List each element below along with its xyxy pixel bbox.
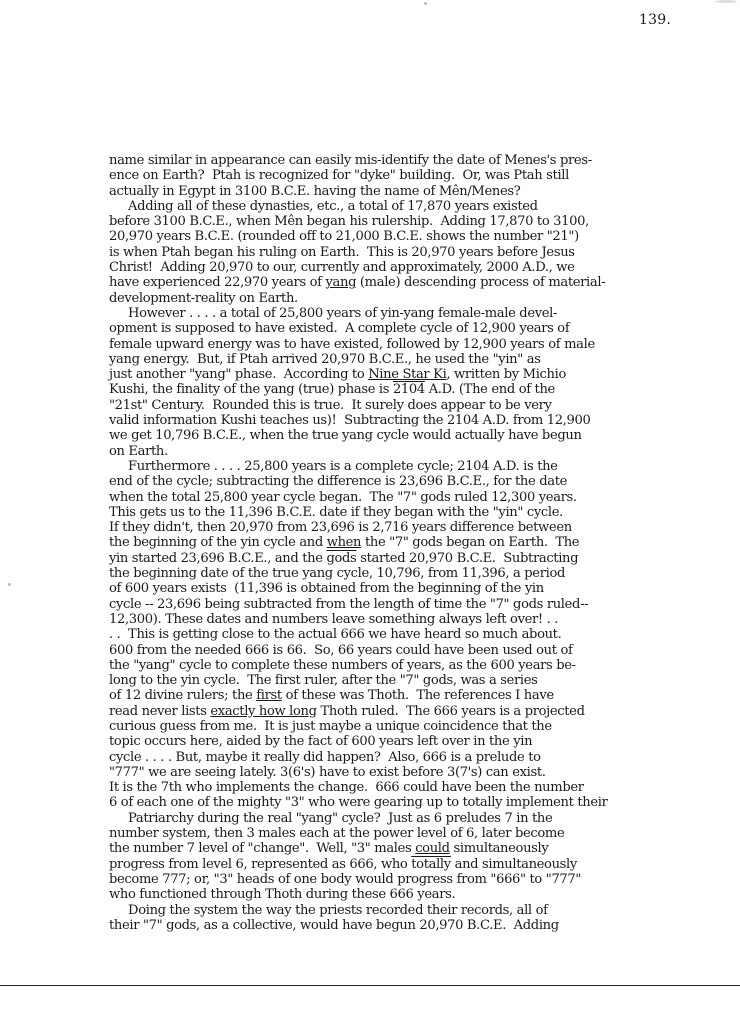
text-line: of 12 divine rulers; the first of these …: [109, 688, 740, 703]
text-line: However . . . . a total of 25,800 years …: [109, 306, 740, 321]
text-line: valid information Kushi teaches us)! Sub…: [109, 413, 740, 428]
text-line: who functioned through Thoth during thes…: [109, 887, 740, 902]
marked-word: exactly how long: [210, 704, 316, 719]
text-line: become 777; or, "3" heads of one body wo…: [109, 872, 740, 887]
text-line: progress from level 6, represented as 66…: [109, 857, 740, 872]
text-line: of 600 years exists (11,396 is obtained …: [109, 581, 740, 596]
text-line: female upward energy was to have existed…: [109, 337, 740, 352]
marked-word: first: [256, 688, 282, 703]
text-line: read never lists exactly how long Thoth …: [109, 704, 740, 719]
text-line: number system, then 3 males each at the …: [109, 826, 740, 841]
text-line: the beginning of the yin cycle and when …: [109, 535, 740, 550]
text-line: before 3100 B.C.E., when Mên began his r…: [109, 214, 740, 229]
text-line: opment is supposed to have existed. A co…: [109, 321, 740, 336]
marked-word: gods: [326, 551, 356, 566]
marked-word: Nine Star Ki: [368, 367, 446, 382]
text-line: curious guess from me. It is just maybe …: [109, 719, 740, 734]
text-line: when the total 25,800 year cycle began. …: [109, 490, 740, 505]
scan-speck: [715, 0, 737, 3]
text-line: we get 10,796 B.C.E., when the true yang…: [109, 428, 740, 443]
marked-word: 2104: [393, 382, 425, 397]
text-line: 12,300). These dates and numbers leave s…: [109, 612, 740, 627]
text-line: their "7" gods, as a collective, would h…: [109, 918, 740, 933]
text-line: If they didn't, then 20,970 from 23,696 …: [109, 520, 740, 535]
text-line: yang energy. But, if Ptah arrived 20,970…: [109, 352, 740, 367]
text-line: Doing the system the way the priests rec…: [109, 903, 740, 918]
text-line: . . This is getting close to the actual …: [109, 627, 740, 642]
text-line: name similar in appearance can easily mi…: [109, 153, 740, 168]
text-line: Christ! Adding 20,970 to our, currently …: [109, 260, 740, 275]
marked-word: when: [327, 535, 361, 550]
text-line: "21st" Century. Rounded this is true. It…: [109, 398, 740, 413]
page-bottom-rule: [0, 985, 740, 986]
marked-word: totally: [411, 857, 451, 872]
text-line: just another "yang" phase. According to …: [109, 367, 740, 382]
text-line: the "yang" cycle to complete these numbe…: [109, 658, 740, 673]
text-line: on Earth.: [109, 444, 740, 459]
marked-word: could: [415, 841, 449, 856]
text-line: the number 7 level of "change". Well, "3…: [109, 841, 740, 856]
text-line: "777" we are seeing lately. 3(6's) have …: [109, 765, 740, 780]
text-line: is when Ptah began his ruling on Earth. …: [109, 245, 740, 260]
text-line: have experienced 22,970 years of yang (m…: [109, 275, 740, 290]
text-line: end of the cycle; subtracting the differ…: [109, 474, 740, 489]
text-line: 20,970 years B.C.E. (rounded off to 21,0…: [109, 229, 740, 244]
text-line: cycle -- 23,696 being subtracted from th…: [109, 597, 740, 612]
text-line: Furthermore . . . . 25,800 years is a co…: [109, 459, 740, 474]
text-line: 6 of each one of the mighty "3" who were…: [109, 795, 740, 810]
text-line: Adding all of these dynasties, etc., a t…: [109, 199, 740, 214]
text-line: 600 from the needed 666 is 66. So, 66 ye…: [109, 643, 740, 658]
document-body: name similar in appearance can easily mi…: [109, 153, 740, 933]
text-line: long to the yin cycle. The first ruler, …: [109, 673, 740, 688]
text-line: development-reality on Earth.: [109, 291, 740, 306]
text-line: It is the 7th who implements the change.…: [109, 780, 740, 795]
text-line: This gets us to the 11,396 B.C.E. date i…: [109, 505, 740, 520]
text-line: Kushi, the finality of the yang (true) p…: [109, 382, 740, 397]
scan-speck: [8, 583, 11, 586]
text-line: topic occurs here, aided by the fact of …: [109, 734, 740, 749]
text-line: cycle . . . . But, maybe it really did h…: [109, 750, 740, 765]
text-line: yin started 23,696 B.C.E., and the gods …: [109, 551, 740, 566]
text-line: actually in Egypt in 3100 B.C.E. having …: [109, 184, 740, 199]
marked-word: yang: [325, 275, 356, 290]
page-number: 139.: [639, 12, 671, 28]
scan-speck: [424, 2, 427, 5]
text-line: the beginning date of the true yang cycl…: [109, 566, 740, 581]
text-line: ence on Earth? Ptah is recognized for "d…: [109, 168, 740, 183]
text-line: Patriarchy during the real "yang" cycle?…: [109, 811, 740, 826]
